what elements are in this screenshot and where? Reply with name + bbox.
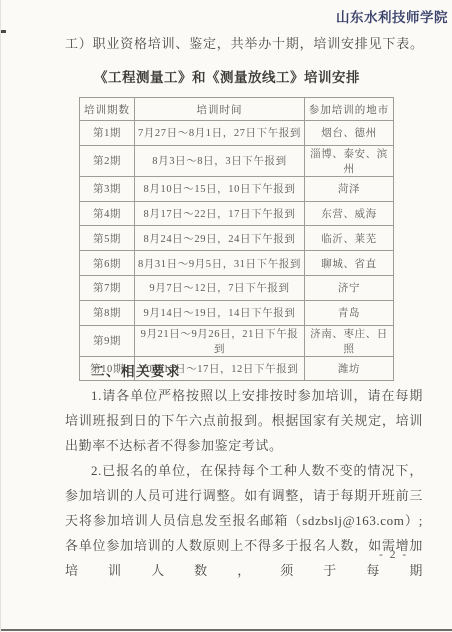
period-cell: 第4期 xyxy=(80,201,135,226)
table-row: 第8期 9月14日～19日，14日下午报到 青岛 xyxy=(80,300,394,325)
cities-cell: 聊城、省直 xyxy=(305,251,394,276)
time-cell: 8月10日～15日，10日下午报到 xyxy=(135,176,305,201)
time-cell: 9月21日～9月26日，21日下午报到 xyxy=(135,325,305,356)
period-cell: 第9期 xyxy=(80,325,135,356)
paragraph-item-1: 1.请各单位严格按照以上安排按时参加培训，请在每期培训班报到日的下午六点前报到。… xyxy=(65,383,423,458)
period-cell: 第3期 xyxy=(80,176,135,201)
cities-cell: 烟台、德州 xyxy=(305,121,394,146)
body-paragraphs: 1.请各单位严格按照以上安排按时参加培训，请在每期培训班报到日的下午六点前报到。… xyxy=(65,383,423,583)
section-heading-requirements: 二、相关要求 xyxy=(91,360,181,380)
table-row: 第7期 9月7日～12日，7日下午报到 济宁 xyxy=(80,275,394,300)
page-number: - 2 - xyxy=(379,549,408,561)
table-row: 第1期 7月27日～8月1日，27日下午报到 烟台、德州 xyxy=(80,121,394,146)
cities-cell: 菏泽 xyxy=(305,176,394,201)
letterhead-org-name: 山东水利技师学院 xyxy=(336,6,448,26)
col-header-period: 培训期数 xyxy=(80,98,135,121)
scan-bottom-edge xyxy=(1,629,452,631)
cities-cell: 东营、威海 xyxy=(305,201,394,226)
table-row: 第4期 8月17日～22日，17日下午报到 东营、威海 xyxy=(80,201,394,226)
table-row: 第3期 8月10日～15日，10日下午报到 菏泽 xyxy=(80,176,394,201)
col-header-time: 培训时间 xyxy=(135,98,305,121)
time-cell: 7月27日～8月1日，27日下午报到 xyxy=(135,121,305,146)
time-cell: 9月7日～12日，7日下午报到 xyxy=(135,275,305,300)
cities-cell: 济宁 xyxy=(305,275,394,300)
schedule-table-title: 《工程测量工》和《测量放线工》培训安排 xyxy=(1,66,452,86)
paragraph-item-2: 2.已报名的单位，在保持每个工种人数不变的情况下，参加培训的人员可进行调整。如有… xyxy=(65,458,423,583)
period-cell: 第6期 xyxy=(80,251,135,276)
cities-cell: 潍坊 xyxy=(305,356,394,381)
body-continuation-line: 工）职业资格培训、鉴定，共举办十期，培训安排见下表。 xyxy=(65,33,427,52)
scanned-document-page: 山东水利技师学院 工）职业资格培训、鉴定，共举办十期，培训安排见下表。 《工程测… xyxy=(0,0,452,632)
table-header-row: 培训期数 培训时间 参加培训的地市 xyxy=(80,98,394,121)
period-cell: 第5期 xyxy=(80,226,135,251)
table-row: 第2期 8月3日～8日，3日下午报到 淄博、泰安、滨州 xyxy=(80,145,394,176)
period-cell: 第2期 xyxy=(80,145,135,176)
time-cell: 8月31日～9月5日，31日下午报到 xyxy=(135,251,305,276)
table-row: 第5期 8月24日～29日，24日下午报到 临沂、莱芜 xyxy=(80,226,394,251)
table-row: 第6期 8月31日～9月5日，31日下午报到 聊城、省直 xyxy=(80,251,394,276)
scan-artifact-speck xyxy=(1,30,6,33)
cities-cell: 济南、枣庄、日照 xyxy=(305,325,394,356)
cities-cell: 临沂、莱芜 xyxy=(305,226,394,251)
training-schedule-table: 培训期数 培训时间 参加培训的地市 第1期 7月27日～8月1日，27日下午报到… xyxy=(79,97,394,381)
time-cell: 8月17日～22日，17日下午报到 xyxy=(135,201,305,226)
period-cell: 第7期 xyxy=(80,275,135,300)
time-cell: 8月24日～29日，24日下午报到 xyxy=(135,226,305,251)
table-row: 第9期 9月21日～9月26日，21日下午报到 济南、枣庄、日照 xyxy=(80,325,394,356)
cities-cell: 淄博、泰安、滨州 xyxy=(305,145,394,176)
cities-cell: 青岛 xyxy=(305,300,394,325)
period-cell: 第8期 xyxy=(80,300,135,325)
period-cell: 第1期 xyxy=(80,121,135,146)
col-header-cities: 参加培训的地市 xyxy=(305,98,394,121)
time-cell: 9月14日～19日，14日下午报到 xyxy=(135,300,305,325)
time-cell: 8月3日～8日，3日下午报到 xyxy=(135,145,305,176)
